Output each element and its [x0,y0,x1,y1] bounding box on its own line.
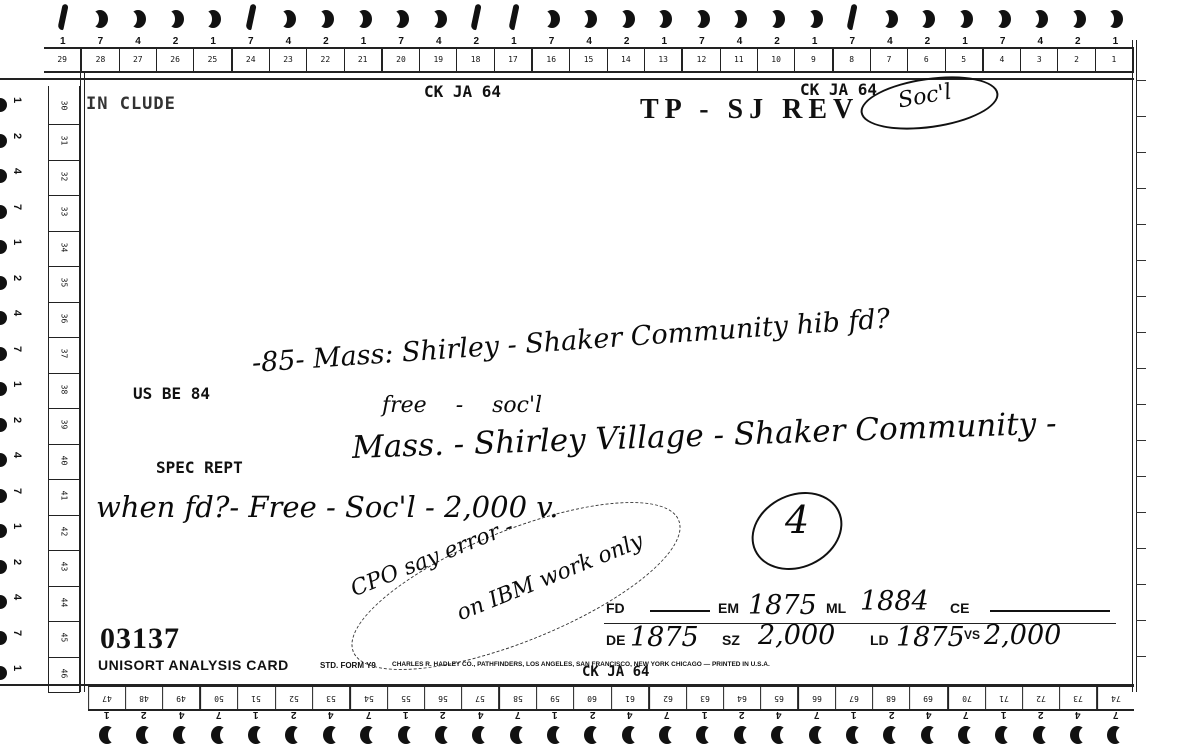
field-number: 53 [312,687,349,709]
punch-hole-icon [173,726,189,744]
punch-cell [1059,724,1096,746]
em-value: 1875 [748,590,817,621]
field-number: 37 [48,335,80,374]
field-number: 72 [1022,687,1059,709]
field-number: 24 [233,49,270,71]
punch-cell [723,724,760,746]
punch-cell [350,724,387,746]
ce-blank [990,610,1110,612]
punch-hole-icon [882,10,898,28]
punch-cell [82,8,120,30]
punch-cell [608,8,646,30]
hole-code: 4 [760,708,797,720]
hole-code: 1 [88,708,125,720]
left-row: 239 [0,406,80,444]
field-number: 5 [946,49,984,71]
ml-label: ML [826,600,846,616]
hole-code: 7 [200,708,237,720]
hole-code: 7 [1097,708,1134,720]
notched-hole-icon [508,4,519,31]
circled-number: 4 [785,498,809,542]
edge-tick [1136,656,1146,657]
punch-cell [499,724,536,746]
punch-cell [910,724,947,746]
field-number: 19 [420,49,457,71]
notched-hole-icon [471,4,482,31]
field-number: 11 [721,49,758,71]
punch-cell [382,8,420,30]
punch-cell [232,8,270,30]
field-number: 48 [125,687,162,709]
punch-cell [462,724,499,746]
punch-hole-icon [323,726,339,744]
hole-code: 4 [11,452,23,458]
edge-tick [1136,476,1146,477]
punch-cell [312,724,349,746]
hole-code: 2 [873,708,910,720]
hole-code: 1 [11,239,23,245]
field-number: 47 [88,687,125,709]
hole-code: 1 [536,708,573,720]
field-number: 49 [162,687,199,709]
field-number: 58 [498,687,536,709]
left-row: 130 [0,86,80,124]
field-number: 32 [48,157,80,196]
sz-label: SZ [722,632,740,648]
punch-cell [946,8,984,30]
punch-hole-icon [510,726,526,744]
punch-cell [194,8,232,30]
punch-hole-icon [1033,726,1049,744]
card-title: UNISORT ANALYSIS CARD [98,657,289,673]
punch-hole-icon [99,726,115,744]
punch-cell [275,724,312,746]
entry1-text: -85- Mass: Shirley - Shaker Community hi… [251,303,891,379]
punch-cell [44,8,82,30]
field-number: 61 [611,687,648,709]
field-number: 57 [461,687,498,709]
hole-code: 1 [11,381,23,387]
punch-hole-icon [1070,10,1086,28]
punch-hole-icon [248,726,264,744]
hole-code: 4 [910,708,947,720]
em-label: EM [718,600,739,616]
field-number: 50 [199,687,237,709]
hole-code: 4 [462,708,499,720]
right-edge-ticks [1136,80,1148,690]
punch-cell [611,724,648,746]
vs-value: 2,000 [984,620,1061,651]
left-row: 741 [0,477,80,515]
punch-cell [835,724,872,746]
punch-hole-icon [0,595,7,609]
field-number: 54 [349,687,387,709]
hole-code: 7 [947,708,984,720]
punch-hole-icon [1070,726,1086,744]
punch-hole-icon [1107,10,1123,28]
edge-tick [1136,188,1146,189]
punch-cell [1097,8,1135,30]
punch-cell [686,724,723,746]
punch-cell [646,8,684,30]
field-number: 70 [947,687,985,709]
field-number: 44 [48,583,80,622]
punch-hole-icon [0,524,7,538]
field-number: 74 [1096,687,1134,709]
hole-code: 1 [985,708,1022,720]
hole-code: 2 [1022,708,1059,720]
notched-hole-icon [847,4,858,31]
hole-code: 2 [125,708,162,720]
left-row: 243 [0,548,80,586]
hole-code: 7 [11,629,23,635]
notched-hole-icon [245,4,256,31]
hole-code: 4 [11,310,23,316]
punch-hole-icon [0,311,7,325]
hole-code: 1 [686,708,723,720]
edge-tick [1136,332,1146,333]
punch-hole-icon [957,10,973,28]
punch-hole-icon [622,726,638,744]
punch-cell [533,8,571,30]
hole-code: 2 [11,558,23,564]
field-number: 42 [48,512,80,551]
field-number: 52 [275,687,312,709]
de-label: DE [606,632,625,648]
de-value: 1875 [630,622,699,653]
punch-hole-icon [0,489,7,503]
field-number: 13 [645,49,683,71]
edge-tick [1136,296,1146,297]
field-number: 30 [48,86,80,125]
punch-hole-icon [0,205,7,219]
ml-value: 1884 [860,586,929,617]
left-row: 737 [0,335,80,373]
edge-tick [1136,116,1146,117]
punch-cell [345,8,383,30]
punch-hole-icon [0,276,7,290]
field-number: 2 [1058,49,1095,71]
punch-hole-icon [356,10,372,28]
hole-code: 7 [499,708,536,720]
punch-cell [88,724,125,746]
punch-hole-icon [130,10,146,28]
punch-hole-icon [694,10,710,28]
field-number: 9 [795,49,833,71]
hole-code: 1 [11,665,23,671]
punch-hole-icon [0,240,7,254]
field-number: 43 [48,548,80,587]
punch-hole-icon [205,10,221,28]
punch-hole-icon [0,169,7,183]
punch-cell [947,724,984,746]
left-row: 138 [0,370,80,408]
field-number: 66 [797,687,835,709]
hole-code: 7 [798,708,835,720]
notched-hole-icon [57,4,68,31]
punch-hole-icon [1107,726,1123,744]
punch-hole-icon [136,726,152,744]
include-stamp: IN CLUDE [86,94,176,114]
entry2-code: SPEC REPT [156,458,243,477]
field-number: 62 [648,687,686,709]
left-row: 745 [0,619,80,657]
punch-cell [458,8,496,30]
field-number: 20 [383,49,420,71]
entry3-text: when fd?- Free - Soc'l - 2,000 v. [96,490,558,524]
edge-tick [1136,152,1146,153]
hole-code: 1 [237,708,274,720]
bottom-hole-codes: 1247124712471247124712471247 [88,708,1134,720]
punch-hole-icon [696,726,712,744]
hole-code: 2 [723,708,760,720]
left-row: 134 [0,228,80,266]
punch-hole-icon [995,10,1011,28]
hole-code: 4 [163,708,200,720]
punch-hole-icon [958,726,974,744]
punch-hole-icon [0,347,7,361]
field-number: 28 [82,49,119,71]
punch-hole-icon [435,726,451,744]
punch-hole-icon [584,726,600,744]
field-number: 31 [48,122,80,161]
edge-tick [1136,404,1146,405]
field-number: 1 [1096,49,1134,71]
bottom-punch-holes [88,724,1134,746]
punch-hole-icon [472,726,488,744]
field-number: 60 [573,687,610,709]
hole-code: 4 [312,708,349,720]
left-row: 733 [0,193,80,231]
punch-hole-icon [846,726,862,744]
field-number: 71 [985,687,1022,709]
punch-cell [387,724,424,746]
hole-code: 2 [424,708,461,720]
field-number: 63 [686,687,723,709]
punch-cell [237,724,274,746]
punch-cell [270,8,308,30]
hole-code: 2 [275,708,312,720]
hole-code: 2 [11,132,23,138]
punch-hole-icon [771,726,787,744]
field-number: 16 [533,49,570,71]
punch-hole-icon [0,382,7,396]
hole-code: 4 [11,594,23,600]
punch-hole-icon [285,726,301,744]
ce-label: CE [950,600,969,616]
field-number: 6 [908,49,945,71]
edge-tick [1136,224,1146,225]
hole-code: 1 [11,97,23,103]
punch-hole-icon [995,726,1011,744]
edge-tick [1136,368,1146,369]
edge-tick [1136,80,1146,81]
entry1-code: US BE 84 [133,384,210,403]
field-number: 67 [835,687,872,709]
punch-hole-icon [809,726,825,744]
punch-hole-icon [0,453,7,467]
punch-cell [1022,724,1059,746]
field-number: 25 [194,49,232,71]
edge-tick [1136,584,1146,585]
field-number: 34 [48,228,80,267]
punch-hole-icon [0,560,7,574]
hole-code: 7 [11,345,23,351]
field-number: 3 [1021,49,1058,71]
punch-cell [163,724,200,746]
ld-label: LD [870,632,889,648]
left-row: 432 [0,157,80,195]
edge-tick [1136,620,1146,621]
entry1-subtext: free - soc'l [382,393,542,418]
punch-hole-icon [0,418,7,432]
left-row: 231 [0,122,80,160]
edge-tick [1136,260,1146,261]
punch-hole-icon [0,98,7,112]
field-number: 21 [345,49,383,71]
punch-hole-icon [544,10,560,28]
punch-cell [307,8,345,30]
punch-cell [758,8,796,30]
field-number: 39 [48,406,80,445]
left-row: 444 [0,583,80,621]
punch-hole-icon [393,10,409,28]
punch-cell [873,724,910,746]
punch-cell [871,8,909,30]
left-row: 146 [0,654,80,692]
punch-cell [760,724,797,746]
hole-code: 4 [11,168,23,174]
hole-code: 2 [11,274,23,280]
punch-cell [536,724,573,746]
edge-tick [1136,440,1146,441]
field-number: 64 [723,687,760,709]
punch-hole-icon [807,10,823,28]
left-row: 440 [0,441,80,479]
field-number: 12 [683,49,720,71]
punch-cell [424,724,461,746]
punch-cell [909,8,947,30]
punch-cell [683,8,721,30]
punch-hole-icon [360,726,376,744]
punch-hole-icon [0,666,7,680]
punch-hole-icon [211,726,227,744]
field-number: 8 [834,49,871,71]
field-number: 23 [270,49,307,71]
ck-stamp-bottom: CK JA 64 [582,664,649,680]
punch-cell [570,8,608,30]
punch-hole-icon [921,726,937,744]
ck-stamp-center: CK JA 64 [424,82,501,101]
field-number: 27 [120,49,157,71]
punch-cell [157,8,195,30]
punch-hole-icon [659,726,675,744]
field-number: 65 [760,687,797,709]
left-row: 235 [0,264,80,302]
left-row: 142 [0,512,80,550]
hole-code: 1 [387,708,424,720]
field-number: 33 [48,193,80,232]
vs-label: VS [964,628,980,642]
left-row: 436 [0,299,80,337]
field-number: 56 [424,687,461,709]
punch-cell [1059,8,1097,30]
punch-cell [833,8,871,30]
top-punch-holes [44,8,1134,30]
punch-hole-icon [581,10,597,28]
punch-hole-icon [92,10,108,28]
punch-cell [200,724,237,746]
field-number: 40 [48,441,80,480]
punch-cell [1021,8,1059,30]
field-number: 18 [457,49,494,71]
hole-code: 7 [350,708,387,720]
punch-hole-icon [731,10,747,28]
punch-hole-icon [619,10,635,28]
left-frame [80,72,85,692]
punch-hole-icon [734,726,750,744]
punch-hole-icon [398,726,414,744]
punch-cell [420,8,458,30]
punch-hole-icon [280,10,296,28]
punch-cell [798,724,835,746]
hole-code: 4 [1059,708,1096,720]
field-number: 17 [495,49,533,71]
field-number: 73 [1059,687,1096,709]
field-number: 15 [570,49,607,71]
field-number: 41 [48,477,80,516]
field-number: 38 [48,370,80,409]
field-number: 35 [48,264,80,303]
hole-code: 7 [648,708,685,720]
punch-cell [985,724,1022,746]
hole-code: 1 [11,523,23,529]
printer-line: CHARLES R. HADLEY CO., PATHFINDERS, LOS … [392,661,770,668]
punch-hole-icon [318,10,334,28]
fd-label: FD [606,600,625,616]
field-number: 55 [387,687,424,709]
field-number: 10 [758,49,795,71]
left-punch-column: 1302314327331342354367371382394407411422… [0,86,80,686]
punch-cell [721,8,759,30]
field-number: 22 [307,49,344,71]
top-field-numbers: 2928272625242322212019181716151413121110… [44,47,1134,73]
hole-code: 7 [11,203,23,209]
hole-code: 4 [611,708,648,720]
punch-hole-icon [547,726,563,744]
punch-hole-icon [0,631,7,645]
punch-cell [1097,724,1134,746]
punch-cell [796,8,834,30]
hole-code: 2 [574,708,611,720]
punch-cell [125,724,162,746]
punch-cell [119,8,157,30]
fd-blank [650,610,710,612]
punch-hole-icon [656,10,672,28]
sz-value: 2,000 [758,620,835,651]
punch-cell [648,724,685,746]
punch-hole-icon [883,726,899,744]
punch-hole-icon [0,134,7,148]
field-number: 7 [871,49,908,71]
hole-code: 1 [835,708,872,720]
field-number: 45 [48,619,80,658]
punch-hole-icon [1032,10,1048,28]
ld-value: 1875 [896,622,965,653]
field-number: 46 [48,654,80,693]
field-number: 29 [44,49,82,71]
punch-cell [574,724,611,746]
